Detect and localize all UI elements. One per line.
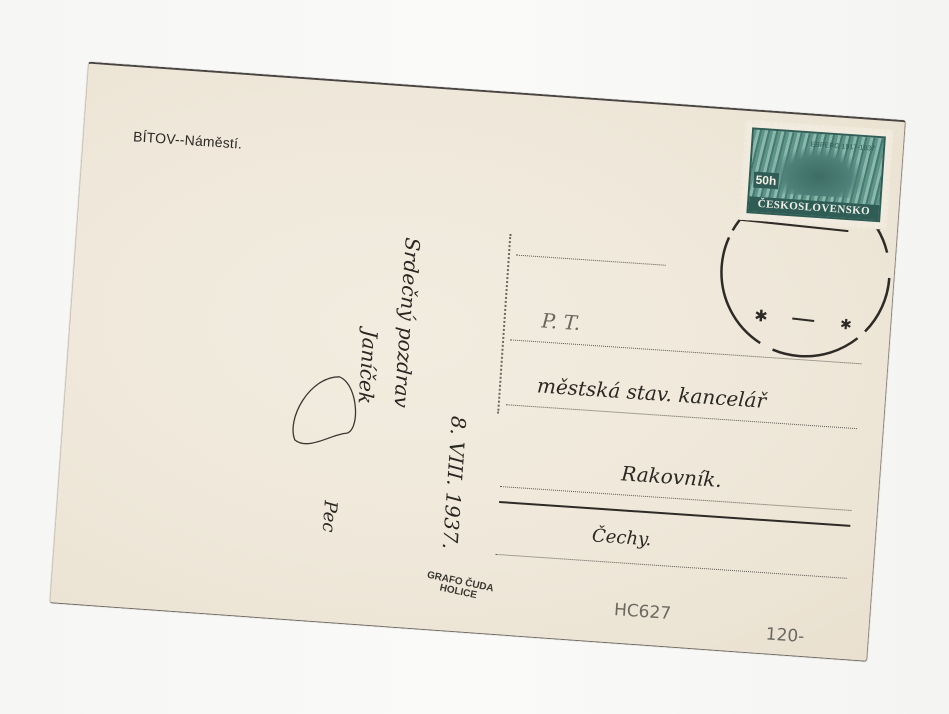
message-closing: Pec xyxy=(318,500,341,533)
address-line-4 xyxy=(496,554,847,579)
postcard: BÍTOV--Náměstí. ✱ ✱ EBPERG 1917-1937 50h… xyxy=(49,62,906,662)
stamp-value: 50h xyxy=(753,172,779,190)
address-line-2 xyxy=(506,404,857,429)
message-greeting: Srdečný pozdrav xyxy=(389,237,425,409)
svg-text:✱: ✱ xyxy=(754,308,769,326)
printer-mark: GRAFO ČUDA HOLICE xyxy=(424,571,494,605)
postage-stamp: EBPERG 1917-1937 50h ČESKOSLOVENSKO xyxy=(739,120,893,230)
signature-flourish-icon xyxy=(274,369,389,456)
price-note: 120- xyxy=(765,624,805,647)
address-country: Čechy. xyxy=(591,525,652,550)
address-separator xyxy=(499,501,850,527)
postcard-back: BÍTOV--Náměstí. ✱ ✱ EBPERG 1917-1937 50h… xyxy=(51,65,904,659)
address-line-top xyxy=(516,255,666,266)
catalog-code: HC627 xyxy=(613,600,671,624)
stamp-image: EBPERG 1917-1937 50h ČESKOSLOVENSKO xyxy=(746,127,886,222)
center-divider xyxy=(497,234,511,414)
address-pt: P. T. xyxy=(541,308,581,335)
message-date: 8. VIII. 1937. xyxy=(438,415,471,550)
address-office: městská stav. kancelář xyxy=(536,373,767,413)
address-city: Rakovník. xyxy=(621,461,723,492)
stamp-figure-icon xyxy=(772,145,865,199)
address-line-3 xyxy=(500,486,851,511)
postcard-title: BÍTOV--Náměstí. xyxy=(133,128,243,151)
svg-text:✱: ✱ xyxy=(839,316,852,333)
